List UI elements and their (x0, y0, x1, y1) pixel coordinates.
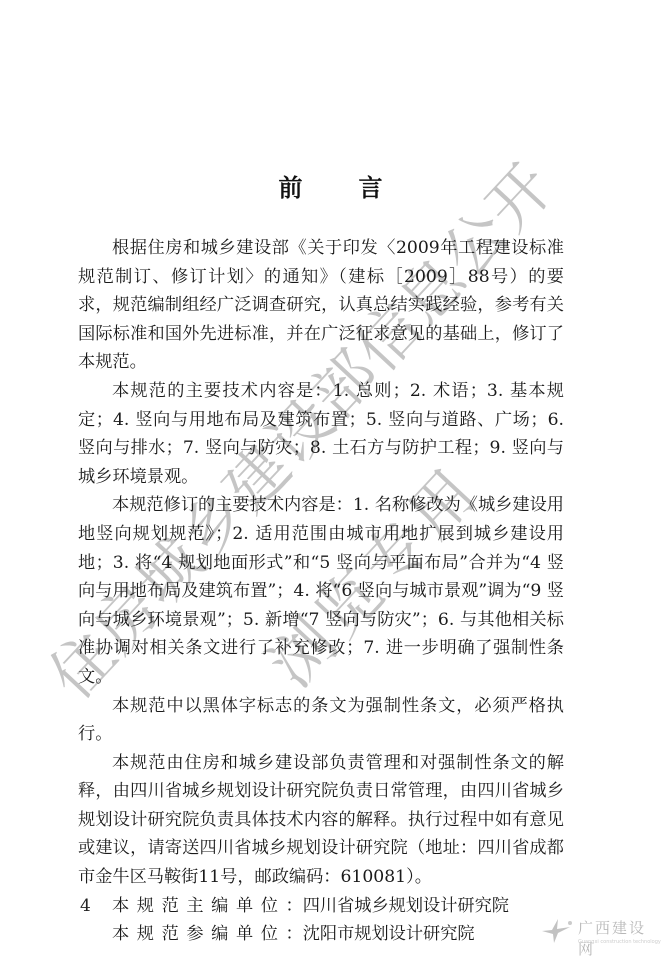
paragraph-management: 本规范由住房和城乡建设部负责管理和对强制性条文的解释，由四川省城乡规划设计研究院… (78, 749, 564, 892)
paragraph-basis: 根据住房和城乡建设部《关于印发〈2009年工程建设标准规范制订、修订计划〉的通知… (78, 234, 564, 377)
page-title: 前言 (0, 168, 661, 203)
page-number: 4 (80, 896, 91, 916)
page-title-char-2: 言 (359, 168, 383, 203)
participating-label: 本规范参编单位 (112, 924, 286, 944)
chief-editor-value: 四川省城乡规划设计研究院 (303, 896, 509, 916)
paragraph-main-contents: 本规范的主要技术内容是：1. 总则；2. 术语；3. 基本规定；4. 竖向与用地… (78, 377, 564, 491)
paragraph-revision-contents: 本规范修订的主要技术内容是：1. 名称修改为《城乡建设用地竖向规划规范》；2. … (78, 491, 564, 691)
page-title-char-1: 前 (279, 168, 303, 203)
chief-editor-label: 本规范主编单位 (112, 896, 286, 916)
paragraph-mandatory-clauses: 本规范中以黑体字标志的条文为强制性条文，必须严格执行。 (78, 692, 564, 749)
logo-subtitle: Guangxi construction technology online (578, 939, 661, 945)
participating-value: 沈阳市规划设计研究院 (303, 924, 475, 944)
foreword-body: 根据住房和城乡建设部《关于印发〈2009年工程建设标准规范制订、修订计划〉的通知… (78, 234, 564, 949)
logo-name: 广西建设网 (578, 917, 658, 958)
participating-unit: 本规范参编单位：沈阳市规划设计研究院 (78, 920, 564, 949)
chief-editor-unit: 本规范主编单位：四川省城乡规划设计研究院 (78, 892, 564, 921)
site-logo: 广西建设网 Guangxi construction technology on… (540, 915, 658, 951)
star-icon (540, 917, 572, 945)
